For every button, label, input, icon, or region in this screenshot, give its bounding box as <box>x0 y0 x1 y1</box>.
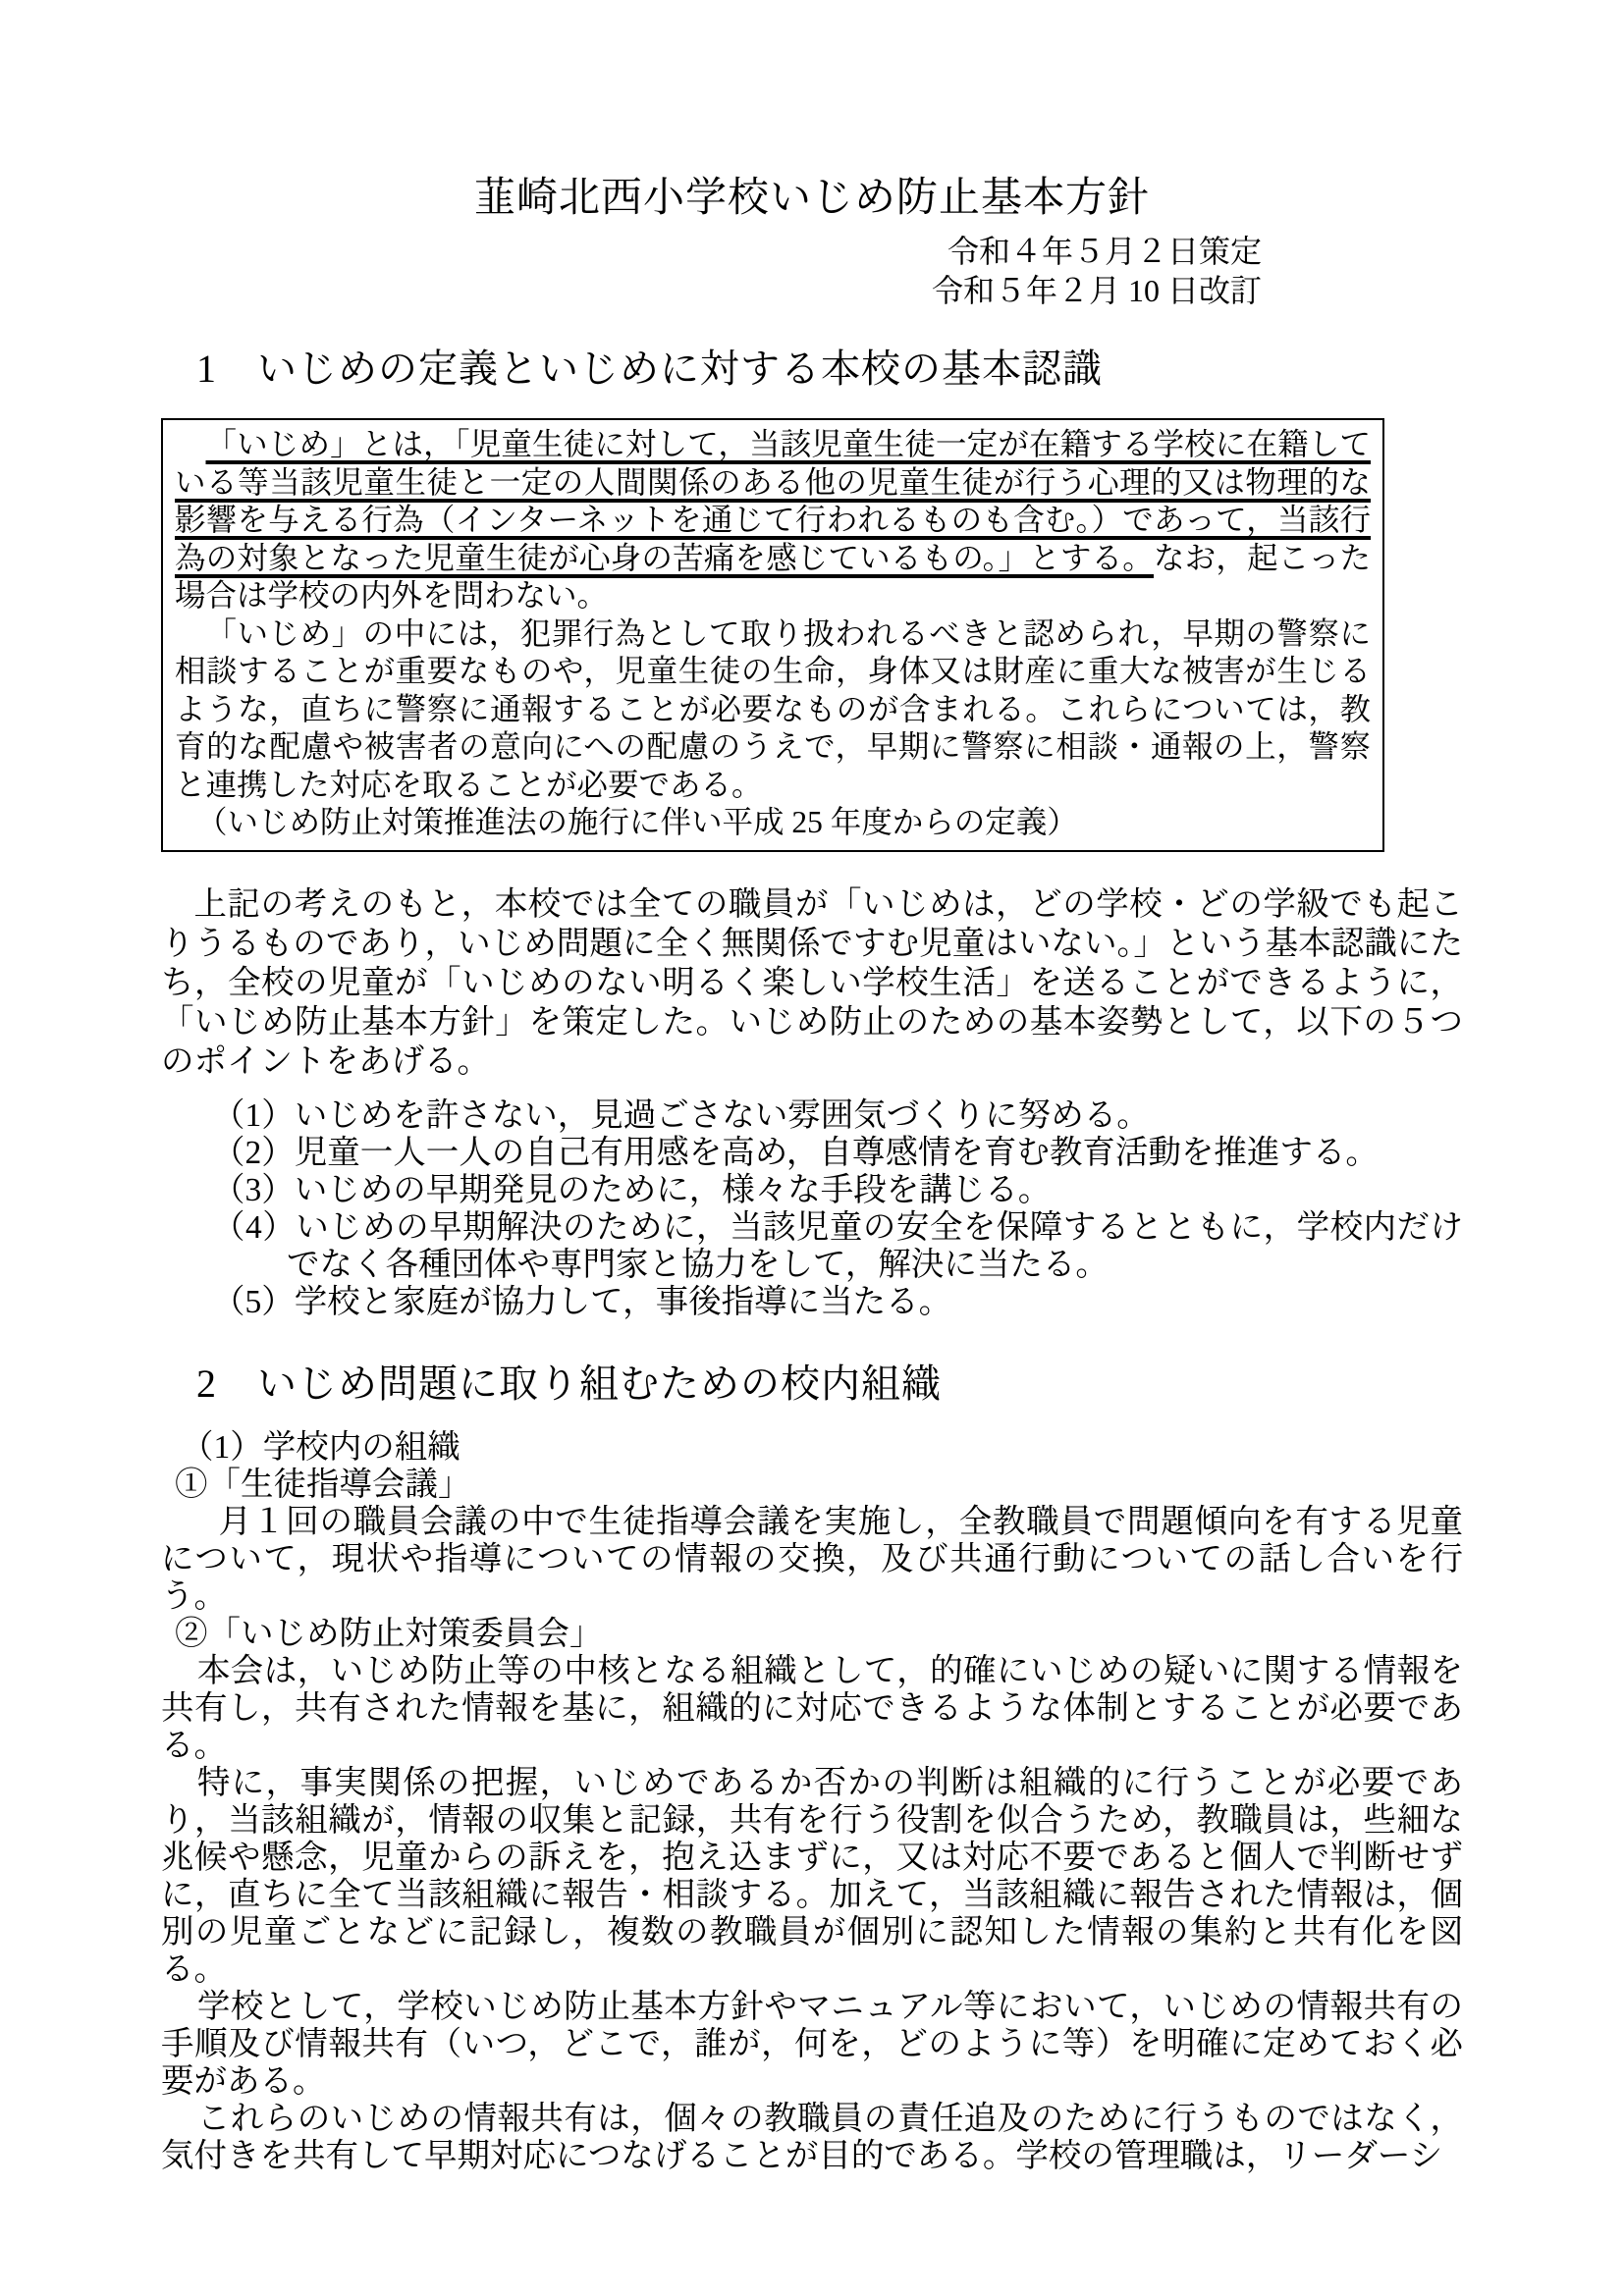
point-number: （1） <box>212 1097 295 1134</box>
org1-description: 月１回の職員会議の中で生徒指導会議を実施し，全教職員で問題傾向を有する児童につい… <box>161 1504 1463 1616</box>
section1-heading: 1 いじめの定義といじめに対する本校の基本認識 <box>161 346 1463 393</box>
policy-points-list: （1）いじめを許さない，見過ごさない雰囲気づくりに努める。 （2）児童一人一人の… <box>161 1097 1463 1321</box>
page-title: 韮崎北西小学校いじめ防止基本方針 <box>161 0 1463 222</box>
definition-paragraph-2: 「いじめ」の中には，犯罪行為として取り扱われるべきと認められ，早期の警察に相談す… <box>175 615 1371 805</box>
point-text: いじめを許さない，見過ごさない雰囲気づくりに努める。 <box>295 1097 1150 1134</box>
policy-point-5: （5）学校と家庭が協力して，事後指導に当たる。 <box>161 1284 1463 1321</box>
definition-box: 「いじめ」とは，「児童生徒に対して，当該児童生徒一定が在籍する学校に在籍している… <box>161 418 1384 852</box>
point-number: （3） <box>212 1172 295 1208</box>
definition-source-note: （いじめ防止対策推進法の施行に伴い平成 25 年度からの定義） <box>175 804 1371 842</box>
org1-label: ①「生徒指導会議」 <box>161 1467 1463 1504</box>
point-number: （4） <box>212 1209 296 1246</box>
policy-point-2: （2）児童一人一人の自己有用感を高め，自尊感情を育む教育活動を推進する。 <box>161 1135 1463 1172</box>
org2-paragraph-4: これらのいじめの情報共有は，個々の教職員の責任追及のために行うものではなく，気付… <box>161 2101 1463 2175</box>
point-number: （5） <box>212 1284 295 1320</box>
document-page: 韮崎北西小学校いじめ防止基本方針 令和４年５月２日策定 令和５年２月 10 日改… <box>0 0 1624 2296</box>
definition-paragraph: 「いじめ」とは，「児童生徒に対して，当該児童生徒一定が在籍する学校に在籍している… <box>175 426 1371 615</box>
point-text: 児童一人一人の自己有用感を高め，自尊感情を育む教育活動を推進する。 <box>295 1135 1379 1171</box>
point-text: いじめの早期発見のために，様々な手段を講じる。 <box>295 1172 1052 1208</box>
org2-paragraph-3: 学校として，学校いじめ防止基本方針やマニュアル等において，いじめの情報共有の手順… <box>161 1989 1463 2101</box>
document-content: 韮崎北西小学校いじめ防止基本方針 令和４年５月２日策定 令和５年２月 10 日改… <box>161 0 1463 2175</box>
section2-sub1-heading: （1）学校内の組織 <box>161 1429 1463 1467</box>
point-text: 学校と家庭が協力して，事後指導に当たる。 <box>295 1284 951 1320</box>
policy-point-3: （3）いじめの早期発見のために，様々な手段を講じる。 <box>161 1172 1463 1209</box>
date-revised: 令和５年２月 10 日改訂 <box>161 271 1262 310</box>
org2-paragraph-2: 特に，事実関係の把握，いじめであるか否かの判断は組織的に行うことが必要であり，当… <box>161 1765 1463 1989</box>
section1-intro-paragraph: 上記の考えのもと，本校では全ての職員が「いじめは，どの学校・どの学級でも起こりう… <box>161 885 1463 1082</box>
org2-paragraph-1: 本会は，いじめ防止等の中核となる組織として，的確にいじめの疑いに関する情報を共有… <box>161 1653 1463 1765</box>
section2-heading: 2 いじめ問題に取り組むための校内組織 <box>161 1361 1463 1408</box>
org2-label: ②「いじめ防止対策委員会」 <box>161 1616 1463 1653</box>
point-text: いじめの早期解決のために，当該児童の安全を保障するとともに，学校内だけでなく各種… <box>287 1209 1463 1283</box>
policy-point-4: （4）いじめの早期解決のために，当該児童の安全を保障するとともに，学校内だけでな… <box>161 1209 1463 1284</box>
policy-point-1: （1）いじめを許さない，見過ごさない雰囲気づくりに努める。 <box>161 1097 1463 1135</box>
point-number: （2） <box>212 1135 295 1171</box>
revision-dates: 令和４年５月２日策定 令和５年２月 10 日改訂 <box>161 232 1463 310</box>
date-established: 令和４年５月２日策定 <box>161 232 1262 271</box>
